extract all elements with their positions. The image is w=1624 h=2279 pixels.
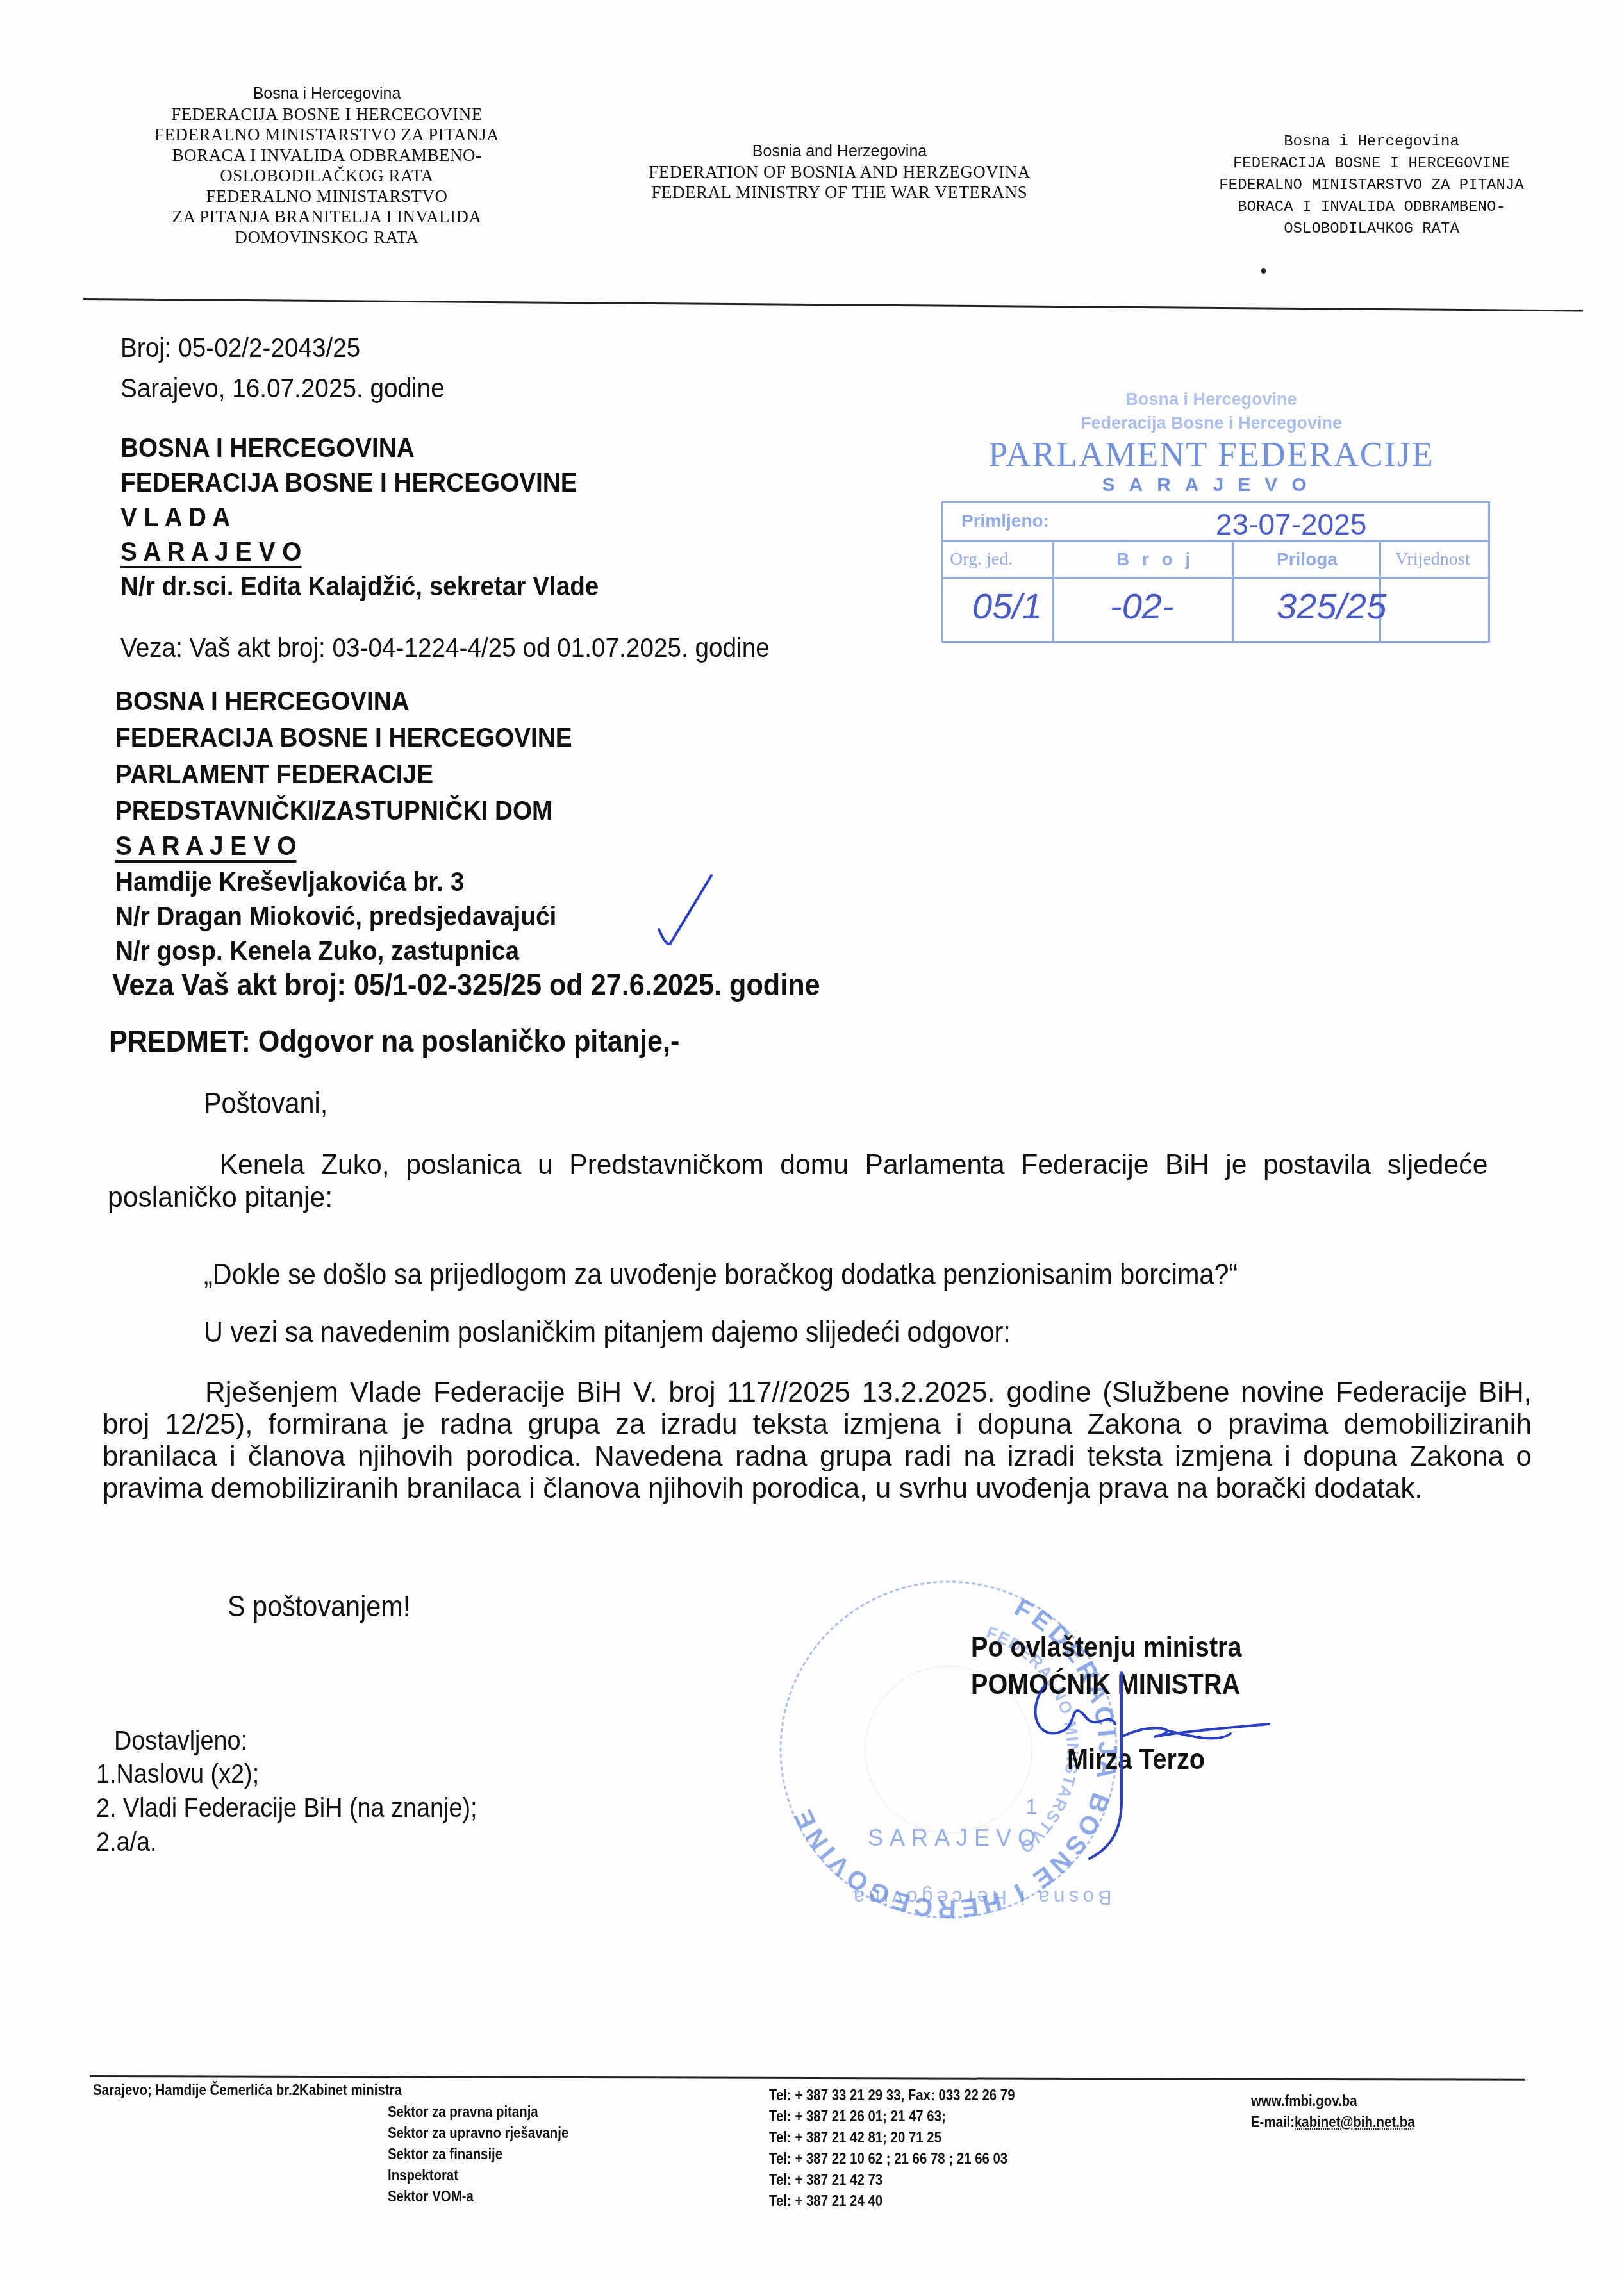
footer-department: Sektor VOM-a xyxy=(388,2186,474,2207)
checkmark-icon xyxy=(654,872,724,955)
recipient2-line: FEDERACIJA BOSNE I HERCEGOVINE xyxy=(115,721,572,754)
footer-department: Sektor za finansije xyxy=(388,2144,502,2165)
stamp-received-date: 23-07-2025 xyxy=(1216,507,1366,542)
footer-phone: Tel: + 387 33 21 29 33, Fax: 033 22 26 7… xyxy=(769,2085,1015,2106)
distribution-item: 2. Vladi Federacije BiH (na znanje); xyxy=(96,1791,477,1825)
greeting: Poštovani, xyxy=(204,1086,327,1120)
footer-department: Sektor za upravno rješavanje xyxy=(388,2123,568,2144)
footer-department: Inspektorat xyxy=(388,2165,458,2186)
stamp-federation: Federacija Bosne i Hercegovine xyxy=(932,413,1490,433)
footer-address: Sarajevo; Hamdije Čemerlića br.2Kabinet … xyxy=(93,2080,402,2101)
seal-center-text: SARAJEVO xyxy=(868,1825,1042,1851)
letterhead-line: DOMOVINSKOG RATA xyxy=(115,227,538,247)
answer-paragraph: Rješenjem Vlade Federacije BiH V. broj 1… xyxy=(103,1377,1532,1505)
letterhead-line: FEDERALNO MINISTARSTVO xyxy=(115,186,538,206)
footer-phone: Tel: + 387 21 24 40 xyxy=(769,2191,882,2212)
bullet-dot xyxy=(1261,268,1266,274)
letterhead-line: FEDERATION OF BOSNIA AND HERZEGOVINA xyxy=(615,162,1064,182)
handwritten-signature-icon xyxy=(1025,1660,1295,1871)
footer-address-text: Sarajevo; Hamdije Čemerlića br.2 xyxy=(93,2082,299,2099)
recipient2-line: PARLAMENT FEDERACIJE xyxy=(115,758,433,791)
stamp-col-priloga: Priloga xyxy=(1277,549,1338,570)
footer-website[interactable]: www.fmbi.gov.ba xyxy=(1251,2091,1357,2112)
letterhead-bosnian: Bosna i Hercegovina FEDERACIJA BOSNE I H… xyxy=(115,83,538,247)
recipient1-veza: Veza: Vaš akt broj: 03-04-1224-4/25 od 0… xyxy=(120,631,770,665)
distribution-item: 1.Naslovu (x2); xyxy=(96,1757,259,1791)
recipient1-city: S A R A J E V O xyxy=(120,535,301,568)
question-quote: „Dokle se došlo sa prijedlogom za uvođen… xyxy=(204,1257,1238,1291)
distribution-title: Dostavljeno: xyxy=(114,1724,247,1757)
stamp-col-vrijednost: Vrijednost xyxy=(1395,549,1485,570)
recipient2-address: Hamdije Kreševljakovića br. 3 xyxy=(115,865,464,899)
stamp-hand-number: 325/25 xyxy=(1277,585,1386,627)
letterhead-line: BORACA I INVALIDA ODBRAMBENO- xyxy=(1166,197,1577,219)
stamp-col-org: Org. jed. xyxy=(950,549,1013,570)
recipient1-line: FEDERACIJA BOSNE I HERCEGOVINE xyxy=(120,466,577,499)
letterhead-line: ZA PITANJA BRANITELJA I INVALIDA xyxy=(115,206,538,227)
recipient2-attention: N/r gosp. Kenela Zuko, zastupnica xyxy=(115,934,519,968)
footer-email-link[interactable]: kabinet@bih.net.ba xyxy=(1295,2114,1415,2131)
letterhead-line: FEDERALNO MINISTARSTVO ZA PITANJA xyxy=(1166,175,1577,197)
letterhead-line: OSLOBODILAČKOG RATA xyxy=(115,165,538,186)
recipient2-city: S A R A J E V O xyxy=(115,829,296,863)
header-divider xyxy=(83,298,1583,311)
answer-intro: U vezi sa navedenim poslaničkim pitanjem… xyxy=(204,1315,1011,1348)
stamp-country: Bosna i Hercegovine xyxy=(932,390,1490,410)
subject-line: PREDMET: Odgovor na poslaničko pitanje,- xyxy=(109,1025,679,1059)
recipient2-line: PREDSTAVNIČKI/ZASTUPNIČKI DOM xyxy=(115,794,552,827)
footer-phone: Tel: + 387 21 26 01; 21 47 63; xyxy=(769,2106,946,2127)
reference-place-date: Sarajevo, 16.07.2025. godine xyxy=(120,372,445,405)
footer-department: Kabinet ministra xyxy=(299,2082,402,2099)
stamp-parliament: PARLAMENT FEDERACIJE xyxy=(932,435,1490,474)
stamp-hand-broj: -02- xyxy=(1110,585,1174,627)
footer-department: Sektor za pravna pitanja xyxy=(388,2101,538,2123)
closing: S poštovanjem! xyxy=(228,1589,410,1623)
recipient2-line: BOSNA I HERCEGOVINA xyxy=(115,684,410,718)
recipient2-veza: Veza Vaš akt broj: 05/1-02-325/25 od 27.… xyxy=(112,969,820,1002)
footer-phone: Tel: + 387 21 42 81; 20 71 25 xyxy=(769,2127,941,2148)
letterhead-line: FEDERACIJA BOSNE I HERCEGOVINE xyxy=(1166,153,1577,175)
stamp-col-broj: B r o j xyxy=(1116,549,1194,570)
letterhead-country: Bosna i Hercegovina xyxy=(1166,131,1577,153)
letterhead-country: Bosna i Hercegovina xyxy=(115,83,538,104)
letterhead-english: Bosnia and Herzegovina FEDERATION OF BOS… xyxy=(615,141,1064,203)
distribution-item: 2.a/a. xyxy=(96,1825,157,1859)
letterhead-line: BORACA I INVALIDA ODBRAMBENO- xyxy=(115,145,538,165)
stamp-table: Primljeno: 23-07-2025 Org. jed. B r o j … xyxy=(941,501,1490,643)
intro-paragraph: Kenela Zuko, poslanica u Predstavničkom … xyxy=(108,1148,1487,1214)
letterhead-cyrillic: Bosna i Hercegovina FEDERACIJA BOSNE I H… xyxy=(1166,131,1577,240)
footer-email: E-mail:kabinet@bih.net.ba xyxy=(1251,2112,1415,2133)
seal-bottom-text: Bosna i Hercegovina xyxy=(849,1886,1111,1909)
footer-phone: Tel: + 387 21 42 73 xyxy=(769,2169,882,2191)
letterhead-line: FEDERALNO MINISTARSTVO ZA PITANJA xyxy=(115,124,538,145)
letterhead-country: Bosnia and Herzegovina xyxy=(615,141,1064,162)
reception-stamp: Bosna i Hercegovine Federacija Bosne i H… xyxy=(932,378,1490,667)
letterhead-line: FEDERACIJA BOSNE I HERCEGOVINE xyxy=(115,104,538,124)
recipient1-line: V L A D A xyxy=(120,501,230,534)
recipient1-attention: N/r dr.sci. Edita Kalajdžić, sekretar Vl… xyxy=(120,570,599,603)
recipient2-attention: N/r Dragan Mioković, predsjedavajući xyxy=(115,900,556,933)
reference-number: Broj: 05-02/2-2043/25 xyxy=(120,331,360,365)
recipient1-line: BOSNA I HERCEGOVINA xyxy=(120,431,415,465)
footer-email-label: E-mail: xyxy=(1251,2114,1295,2131)
letterhead-line: OSLOBODILAЧKOG RATA xyxy=(1166,219,1577,240)
stamp-hand-org: 05/1 xyxy=(972,585,1042,627)
letterhead-line: FEDERAL MINISTRY OF THE WAR VETERANS xyxy=(615,182,1064,203)
footer-phone: Tel: + 387 22 10 62 ; 21 66 78 ; 21 66 0… xyxy=(769,2148,1007,2169)
stamp-received-label: Primljeno: xyxy=(961,511,1049,531)
stamp-city: SARAJEVO xyxy=(932,474,1490,496)
